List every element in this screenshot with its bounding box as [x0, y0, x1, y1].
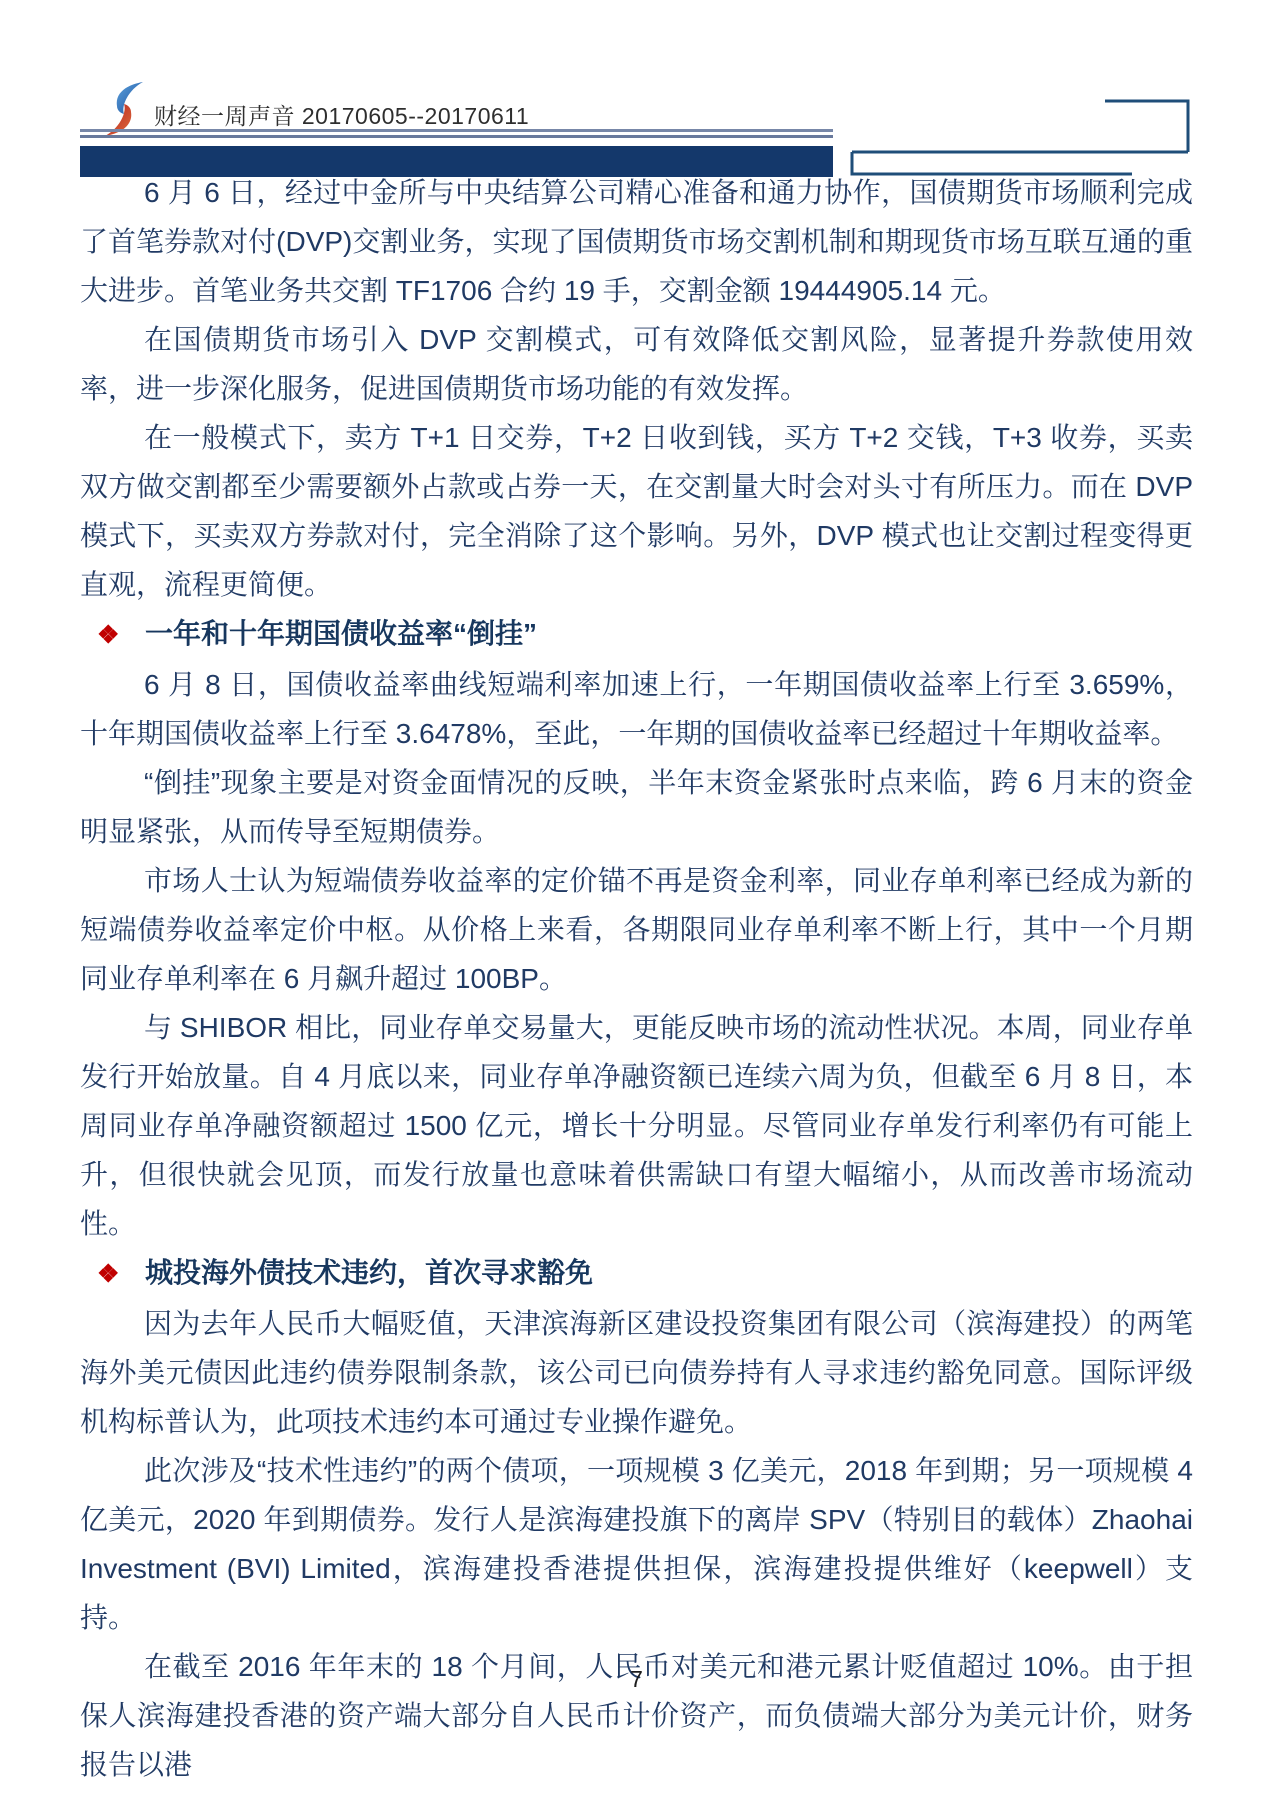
body-paragraph: 6 月 6 日，经过中金所与中央结算公司精心准备和通力协作，国债期货市场顺利完成…: [80, 168, 1193, 315]
body-paragraph: “倒挂”现象主要是对资金面情况的反映，半年末资金紧张时点来临，跨 6 月末的资金…: [80, 758, 1193, 856]
page-title: 财经一周声音 20170605--20170611: [154, 98, 529, 131]
body-paragraph: 与 SHIBOR 相比，同业存单交易量大，更能反映市场的流动性状况。本周，同业存…: [80, 1003, 1193, 1248]
page-number: 7: [0, 1666, 1273, 1693]
diamond-bullet-icon: ❖: [80, 611, 145, 660]
diamond-bullet-icon: ❖: [80, 1250, 145, 1299]
body-paragraph: 此次涉及“技术性违约”的两个债项，一项规模 3 亿美元，2018 年到期；另一项…: [80, 1446, 1193, 1642]
section-heading-offshore-default: ❖ 城投海外债技术违约，首次寻求豁免: [80, 1248, 1193, 1299]
body-paragraph: 6 月 8 日，国债收益率曲线短端利率加速上行，一年期国债收益率上行至 3.65…: [80, 660, 1193, 758]
section-heading-text: 一年和十年期国债收益率“倒挂”: [145, 609, 537, 658]
section-heading-text: 城投海外债技术违约，首次寻求豁免: [145, 1248, 593, 1297]
body-paragraph: 在一般模式下，卖方 T+1 日交券，T+2 日收到钱，买方 T+2 交钱，T+3…: [80, 413, 1193, 609]
header-double-rule: [80, 129, 833, 138]
body-content: 6 月 6 日，经过中金所与中央结算公司精心准备和通力协作，国债期货市场顺利完成…: [80, 168, 1193, 1789]
body-paragraph: 市场人士认为短端债券收益率的定价锚不再是资金利率，同业存单利率已经成为新的短端债…: [80, 856, 1193, 1003]
body-paragraph: 在国债期货市场引入 DVP 交割模式，可有效降低交割风险，显著提升券款使用效率，…: [80, 315, 1193, 413]
body-paragraph: 在截至 2016 年年末的 18 个月间，人民币对美元和港元累计贬值超过 10%…: [80, 1642, 1193, 1789]
section-heading-yield-inversion: ❖ 一年和十年期国债收益率“倒挂”: [80, 609, 1193, 660]
body-paragraph: 因为去年人民币大幅贬值，天津滨海新区建设投资集团有限公司（滨海建投）的两笔海外美…: [80, 1299, 1193, 1446]
document-page: 财经一周声音 20170605--20170611 6 月 6 日，经过中金所与…: [0, 0, 1273, 1800]
